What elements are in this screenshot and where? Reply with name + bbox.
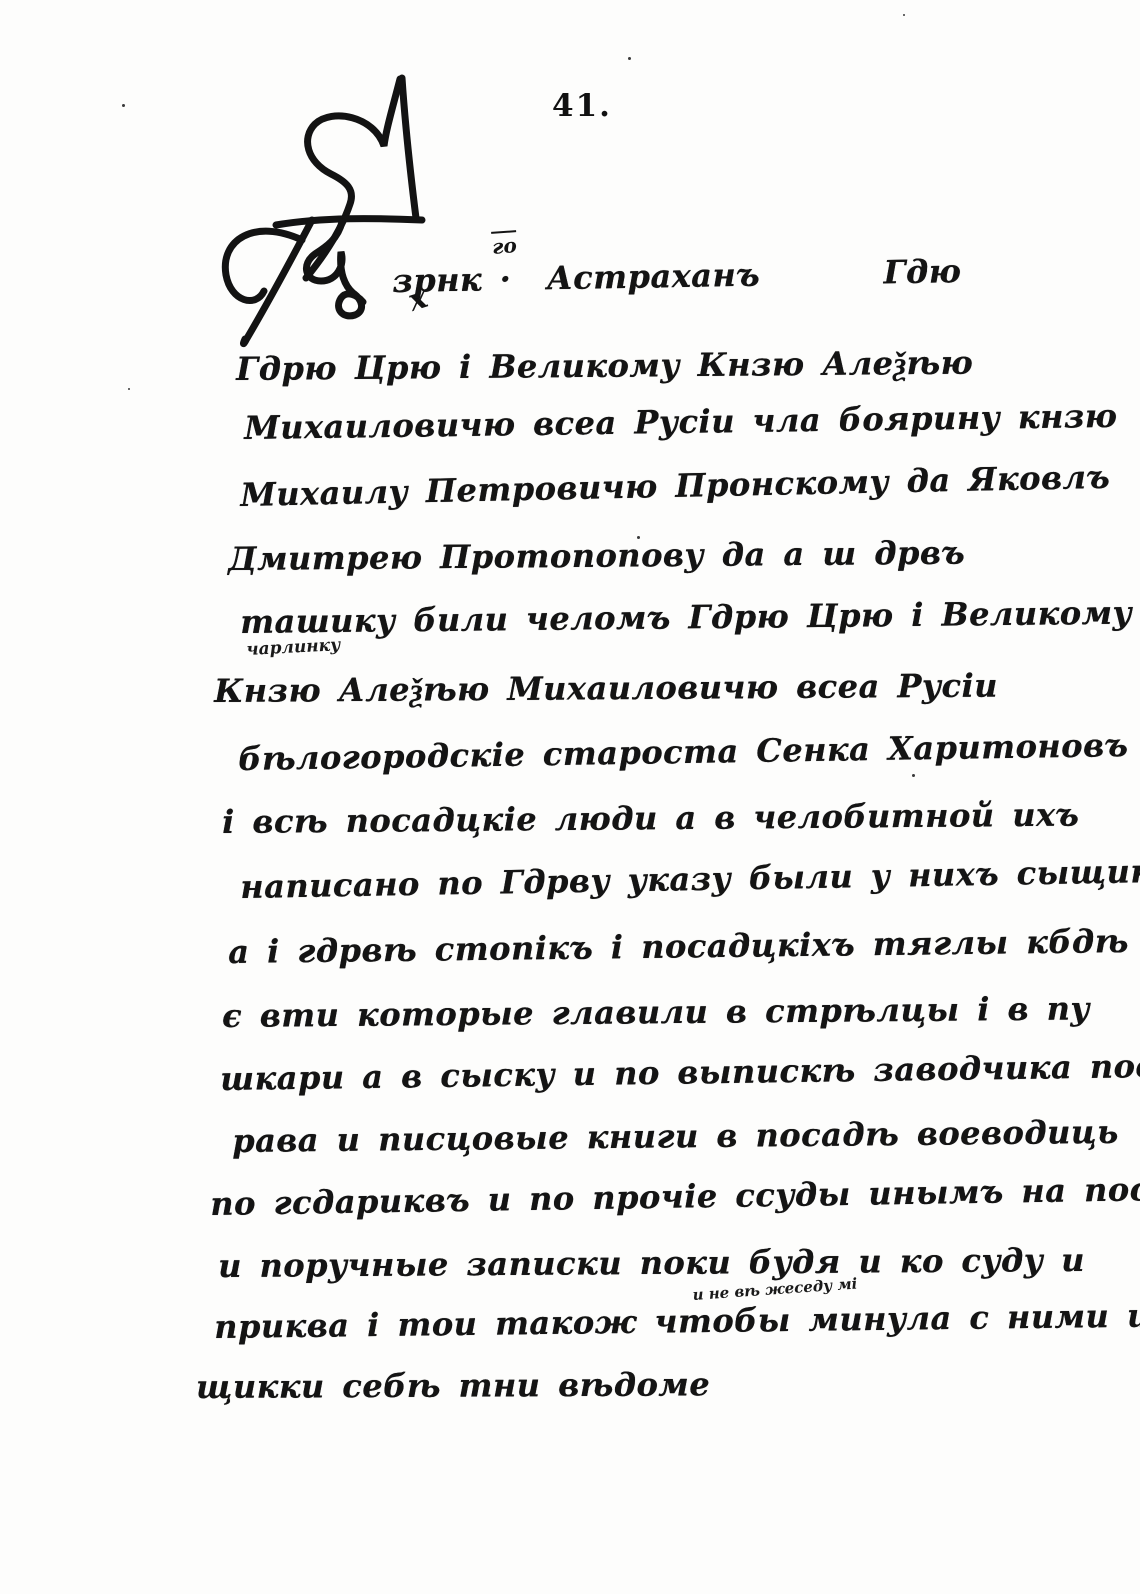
manuscript-line: Михаилу Петровичю Пронскому да Яковлъ (240, 458, 1111, 514)
interlinear-correction: чарлинку (246, 635, 341, 660)
manuscript-line: є вти которые главили в стрѣлцы і в пу (222, 989, 1090, 1035)
scan-speckle (903, 14, 905, 16)
manuscript-line: написано по Гдрву указу были у нихъ сыщи… (240, 852, 1140, 906)
manuscript-line: шкари а в сыску и по выпискѣ заводчика п… (220, 1046, 1140, 1098)
manuscript-line: Михаиловичю всеа Русіи чла боярину кнзю (244, 397, 1118, 447)
manuscript-line: Кнзю Алеѯѣю Михаиловичю всеа Русіи (214, 667, 998, 710)
manuscript-line: и поручные записки поки будя и ко суду и (218, 1241, 1085, 1285)
scan-speckle (912, 774, 915, 777)
manuscript-line: зрнк · Астраханъ Гдю (392, 252, 962, 300)
manuscript-line: рава и писцовые книги в посадѣ воеводиць (232, 1113, 1119, 1160)
page-number: 41. (552, 88, 612, 124)
opening-flourish-icon (212, 68, 452, 368)
superscript-abbreviation: го (491, 230, 517, 259)
scan-speckle (122, 104, 125, 107)
scan-speckle (637, 536, 640, 539)
manuscript-line: і всѣ посадцкіе люди а в челобитной ихъ (222, 796, 1080, 841)
manuscript-page: 41. го х зрнк · Астраханъ Гдю Гдрю Црю і… (0, 0, 1140, 1594)
manuscript-line: приква і тои також чтобы минула с ними и… (214, 1295, 1140, 1346)
manuscript-line: бѣлогородскіе староста Сенка Харитоновъ (238, 726, 1129, 778)
manuscript-line: Гдрю Црю і Великому Кнзю Алеѯѣю (236, 344, 973, 388)
manuscript-line: щикки себѣ тни вѣдоме (196, 1365, 710, 1406)
scan-speckle (128, 388, 130, 390)
scan-speckle (628, 57, 631, 60)
manuscript-line: а і гдрвѣ стопікъ і посадцкіхъ тяглы кбд… (228, 922, 1129, 971)
manuscript-line: по гсдариквъ и по прочіе ссуды инымъ на … (210, 1169, 1140, 1223)
manuscript-line: ташику били челомъ Гдрю Црю і Великому (240, 594, 1132, 641)
manuscript-line: Дмитрею Протопопову да а ш дрвъ (228, 534, 965, 578)
